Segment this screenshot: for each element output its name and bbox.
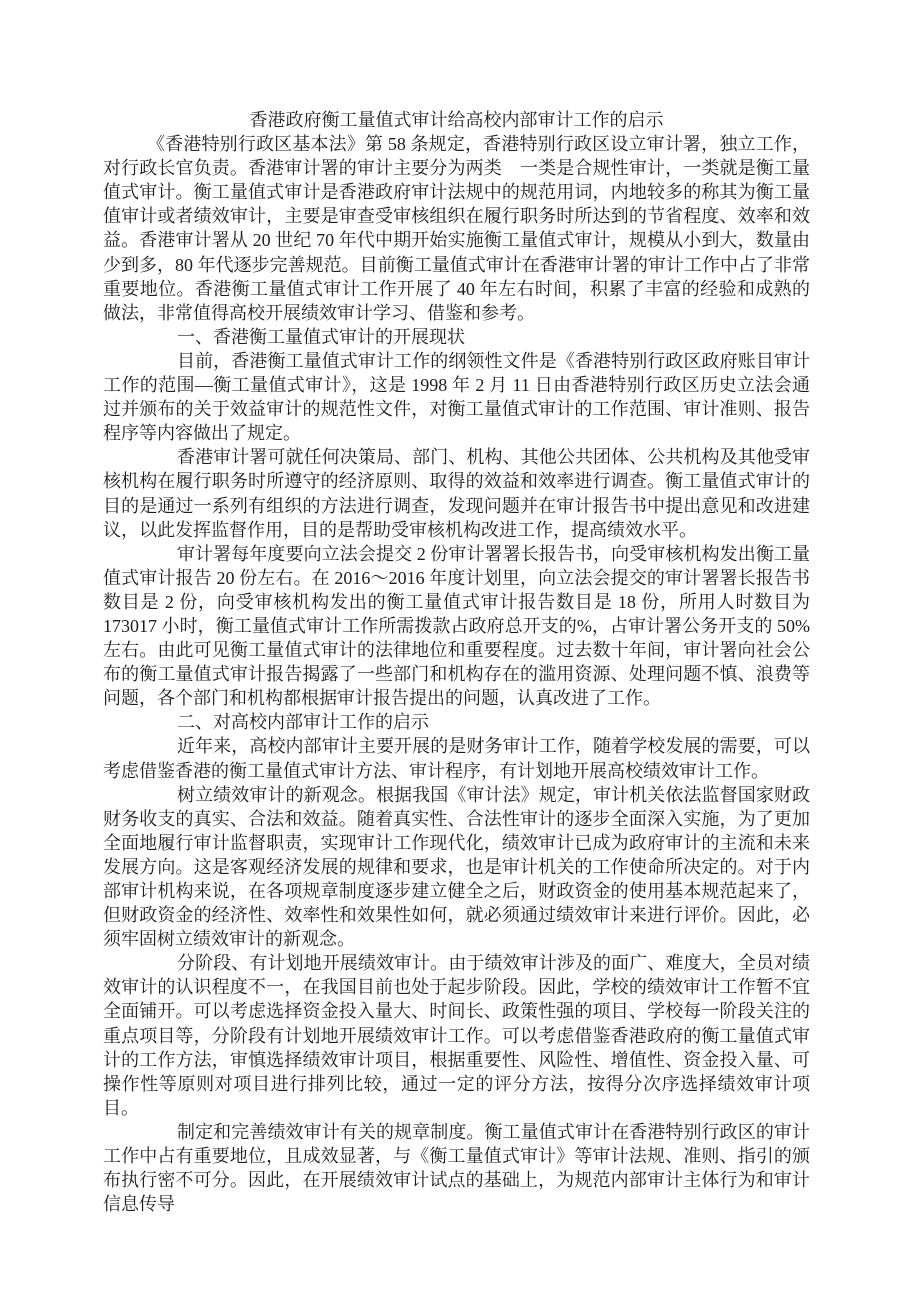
paragraph: 目前，香港衡工量值式审计工作的纲领性文件是《香港特别行政区政府账目审计工作的范围…: [103, 349, 810, 445]
paragraph: 制定和完善绩效审计有关的规章制度。衡工量值式审计在香港特别行政区的审计工作中占有…: [103, 1120, 810, 1216]
paragraph: 审计署每年度要向立法会提交 2 份审计署署长报告书，向受审核机构发出衡工量值式审…: [103, 542, 810, 711]
paragraph: 树立绩效审计的新观念。根据我国《审计法》规定，审计机关依法监督国家财政财务收支的…: [103, 783, 810, 952]
document-body: 《香港特别行政区基本法》第 58 条规定，香港特别行政区设立审计署，独立工作，对…: [103, 132, 810, 1216]
section-heading: 二、对高校内部审计工作的启示: [103, 710, 810, 734]
paragraph: 《香港特别行政区基本法》第 58 条规定，香港特别行政区设立审计署，独立工作，对…: [103, 132, 810, 325]
paragraph: 香港审计署可就任何决策局、部门、机构、其他公共团体、公共机构及其他受审核机构在履…: [103, 445, 810, 541]
document-title: 香港政府衡工量值式审计给高校内部审计工作的启示: [103, 108, 810, 132]
paragraph: 分阶段、有计划地开展绩效审计。由于绩效审计涉及的面广、难度大，全员对绩效审计的认…: [103, 951, 810, 1120]
section-heading: 一、香港衡工量值式审计的开展现状: [103, 325, 810, 349]
paragraph: 近年来，高校内部审计主要开展的是财务审计工作，随着学校发展的需要，可以考虑借鉴香…: [103, 734, 810, 782]
document-page: 香港政府衡工量值式审计给高校内部审计工作的启示 《香港特别行政区基本法》第 58…: [0, 0, 920, 1302]
document-content: 香港政府衡工量值式审计给高校内部审计工作的启示 《香港特别行政区基本法》第 58…: [103, 108, 810, 1216]
